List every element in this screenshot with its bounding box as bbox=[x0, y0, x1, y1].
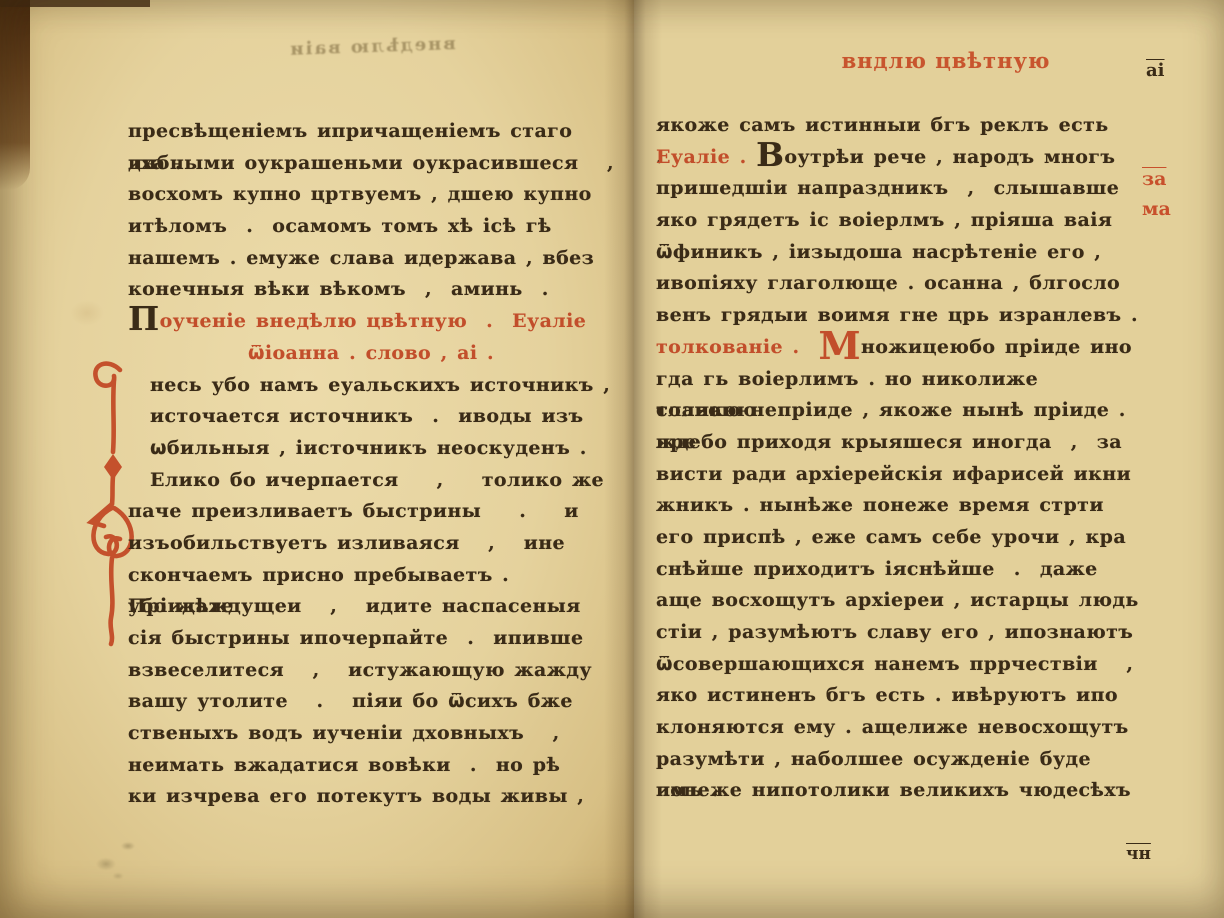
text-segment: ѿіоанна . слово , аі . bbox=[248, 342, 494, 364]
text-line: конечныя вѣки вѣкомъ , аминь . bbox=[128, 274, 614, 306]
text-line: Елико бо ичерпается , толико же bbox=[150, 465, 614, 497]
text-segment: ждебо приходя крыяшеся иногда , за bbox=[656, 431, 1122, 453]
text-line: изъобильствуетъ изливаяся , ине bbox=[128, 528, 614, 560]
text-line: несь убо намъ еуальскихъ источникъ , bbox=[150, 370, 614, 402]
text-segment: конечныя вѣки вѣкомъ , аминь . bbox=[128, 278, 549, 300]
text-line: скончаемъ присно пребываетъ . Пріидѣте bbox=[128, 560, 614, 592]
text-segment: оутрѣи рече , народъ многъ bbox=[784, 146, 1115, 168]
text-line: инбными оукрашеньми оукрасившеся , bbox=[128, 148, 614, 180]
text-line: славою непріиде , якоже нынѣ пріиде . пр… bbox=[656, 395, 1142, 427]
text-segment: взвеселитеся , истужающую жажду bbox=[128, 659, 592, 681]
text-segment: вашу утолите . піяи бо ѿсихъ бже bbox=[128, 690, 573, 712]
text-segment: сія быстрины ипочерпайте . ипивше bbox=[128, 627, 583, 649]
text-line: Поученіе внедѣлю цвѣтную . Еуаліе bbox=[128, 306, 614, 338]
text-line: висти ради архіерейскія ифарисей икни bbox=[656, 459, 1142, 491]
text-line: сія быстрины ипочерпайте . ипивше bbox=[128, 623, 614, 655]
text-line: понеже нипотолики великихъ чюдесѣхъ bbox=[656, 775, 1142, 807]
text-line: его приспѣ , еже самъ себе урочи , кра bbox=[656, 522, 1142, 554]
text-segment: неимать вжадатися вовѣки . но рѣ bbox=[128, 754, 560, 776]
text-segment: оученіе внедѣлю цвѣтную . Еуаліе bbox=[160, 310, 587, 332]
text-segment: ѡбильныя , іисточникъ неоскуденъ . bbox=[150, 437, 587, 459]
text-segment: ки изчрева его потекутъ воды живы , bbox=[128, 785, 584, 807]
text-segment: паче преизливаетъ быстрины . и bbox=[128, 500, 579, 522]
text-segment: Еуаліе . bbox=[656, 146, 756, 168]
drop-cap: П bbox=[128, 299, 160, 338]
text-segment: его приспѣ , еже самъ себе урочи , кра bbox=[656, 526, 1126, 548]
text-segment: клоняются ему . ащелиже невосхощутъ bbox=[656, 716, 1129, 738]
zachalo-number: ма bbox=[1142, 194, 1192, 224]
text-segment: ивопіяху глаголюще . осанна , блгосло bbox=[656, 272, 1120, 294]
text-line: ждебо приходя крыяшеся иногда , за bbox=[656, 427, 1142, 459]
text-line: якоже самъ истинныи бгъ реклъ есть . bbox=[656, 110, 1142, 142]
page-number: аі bbox=[1146, 60, 1165, 81]
text-line: жникъ . нынѣже понеже время стрти bbox=[656, 490, 1142, 522]
text-segment: пришедшіи напраздникъ , слышавше bbox=[656, 177, 1119, 199]
text-line: гда гь воіерлимъ . но николиже толикою bbox=[656, 364, 1142, 396]
ornament-knot bbox=[104, 454, 122, 480]
text-line: вашу утолите . піяи бо ѿсихъ бже bbox=[128, 686, 614, 718]
signature-mark: чн bbox=[1126, 844, 1151, 864]
ink-smudge bbox=[88, 838, 148, 884]
text-segment: понеже нипотолики великихъ чюдесѣхъ bbox=[656, 779, 1131, 801]
text-segment: висти ради архіерейскія ифарисей икни bbox=[656, 463, 1131, 485]
text-line: снѣйше приходитъ іяснѣйше . даже bbox=[656, 554, 1142, 586]
text-segment: аще восхощутъ архіереи , истарцы людь bbox=[656, 589, 1139, 611]
foxing-spot bbox=[700, 560, 726, 580]
text-segment: стіи , разумѣютъ славу его , ипознаютъ bbox=[656, 621, 1133, 643]
text-line: убо жаждущеи , идите наспасеныя bbox=[128, 591, 614, 623]
foxing-spot bbox=[70, 300, 104, 326]
text-segment: ственыхъ водъ иученіи дховныхъ , bbox=[128, 722, 560, 744]
text-segment: венъ грядыи воимя гне црь изранлевъ . bbox=[656, 304, 1138, 326]
text-segment: жникъ . нынѣже понеже время стрти bbox=[656, 494, 1104, 516]
text-segment: ѿсовершающихся нанемъ пррчествіи , bbox=[656, 653, 1133, 675]
text-line: яко грядетъ іс воіерлмъ , пріяша ваія bbox=[656, 205, 1142, 237]
text-segment: нашемъ . емуже слава идержава , вбез bbox=[128, 247, 594, 269]
text-segment: яко истиненъ бгъ есть . ивѣруютъ ипо bbox=[656, 684, 1118, 706]
text-line: ки изчрева его потекутъ воды живы , bbox=[128, 781, 614, 813]
right-page-text: якоже самъ истинныи бгъ реклъ есть .Еуал… bbox=[656, 110, 1142, 807]
text-line: взвеселитеся , истужающую жажду bbox=[128, 655, 614, 687]
running-title: вндлю цвѣтную bbox=[806, 48, 1086, 73]
text-segment: несь убо намъ еуальскихъ источникъ , bbox=[150, 374, 610, 396]
text-line: Еуаліе . Воутрѣи рече , народъ многъ bbox=[656, 142, 1142, 174]
text-line: яко истиненъ бгъ есть . ивѣруютъ ипо bbox=[656, 680, 1142, 712]
text-segment: яко грядетъ іс воіерлмъ , пріяша ваія bbox=[656, 209, 1112, 231]
text-line: пресвѣщеніемъ ипричащеніемъ стаго дха . bbox=[128, 116, 614, 148]
text-line: венъ грядыи воимя гне црь изранлевъ . bbox=[656, 300, 1142, 332]
drop-cap: М bbox=[819, 323, 861, 368]
text-line: разумѣти , наболшее осужденіе буде имъ . bbox=[656, 744, 1142, 776]
text-line: неимать вжадатися вовѣки . но рѣ bbox=[128, 750, 614, 782]
text-segment: ѿфиникъ , іизыдоша насрѣтеніе его , bbox=[656, 241, 1101, 263]
text-segment: источается источникъ . иводы изъ bbox=[150, 405, 583, 427]
text-segment: Елико бо ичерпается , толико же bbox=[150, 469, 604, 491]
text-line: ивопіяху глаголюще . осанна , блгосло bbox=[656, 268, 1142, 300]
book-board-edge bbox=[0, 0, 30, 190]
text-line: ѿіоанна . слово , аі . bbox=[128, 338, 614, 370]
text-segment: инбными оукрашеньми оукрасившеся , bbox=[128, 152, 614, 174]
text-line: ственыхъ водъ иученіи дховныхъ , bbox=[128, 718, 614, 750]
text-line: ѿфиникъ , іизыдоша насрѣтеніе его , bbox=[656, 237, 1142, 269]
left-page-text: пресвѣщеніемъ ипричащеніемъ стаго дха .и… bbox=[128, 116, 614, 813]
text-segment: изъобильствуетъ изливаяся , ине bbox=[128, 532, 565, 554]
text-line: паче преизливаетъ быстрины . и bbox=[128, 496, 614, 528]
text-line: источается источникъ . иводы изъ bbox=[150, 401, 614, 433]
zachalo-label: за bbox=[1142, 164, 1192, 194]
text-segment: восхомъ купно цртвуемъ , дшею купно bbox=[128, 183, 592, 205]
text-line: клоняются ему . ащелиже невосхощутъ bbox=[656, 712, 1142, 744]
drop-cap: В bbox=[756, 135, 784, 174]
text-line: толкованіе . Множицеюбо пріиде ино bbox=[656, 332, 1142, 364]
text-line: ѡбильныя , іисточникъ неоскуденъ . bbox=[150, 433, 614, 465]
text-line: восхомъ купно цртвуемъ , дшею купно bbox=[128, 179, 614, 211]
text-segment: ножицеюбо пріиде ино bbox=[861, 336, 1132, 358]
text-line: пришедшіи напраздникъ , слышавше bbox=[656, 173, 1142, 205]
text-line: аще восхощутъ архіереи , истарцы людь bbox=[656, 585, 1142, 617]
book-edge-strip bbox=[0, 0, 150, 7]
text-line: ѿсовершающихся нанемъ пррчествіи , bbox=[656, 649, 1142, 681]
book-photo: внедѣлю ваіи пресвѣщеніемъ ипричащеніемъ… bbox=[0, 0, 1224, 918]
text-line: нашемъ . емуже слава идержава , вбез bbox=[128, 243, 614, 275]
zachalo-margin-note: за ма bbox=[1142, 164, 1192, 224]
text-line: итѣломъ . осамомъ томъ хѣ ісѣ гѣ bbox=[128, 211, 614, 243]
text-segment: убо жаждущеи , идите наспасеныя bbox=[128, 595, 581, 617]
text-line: стіи , разумѣютъ славу его , ипознаютъ bbox=[656, 617, 1142, 649]
text-segment: толкованіе . bbox=[656, 336, 819, 358]
text-segment: итѣломъ . осамомъ томъ хѣ ісѣ гѣ bbox=[128, 215, 552, 237]
